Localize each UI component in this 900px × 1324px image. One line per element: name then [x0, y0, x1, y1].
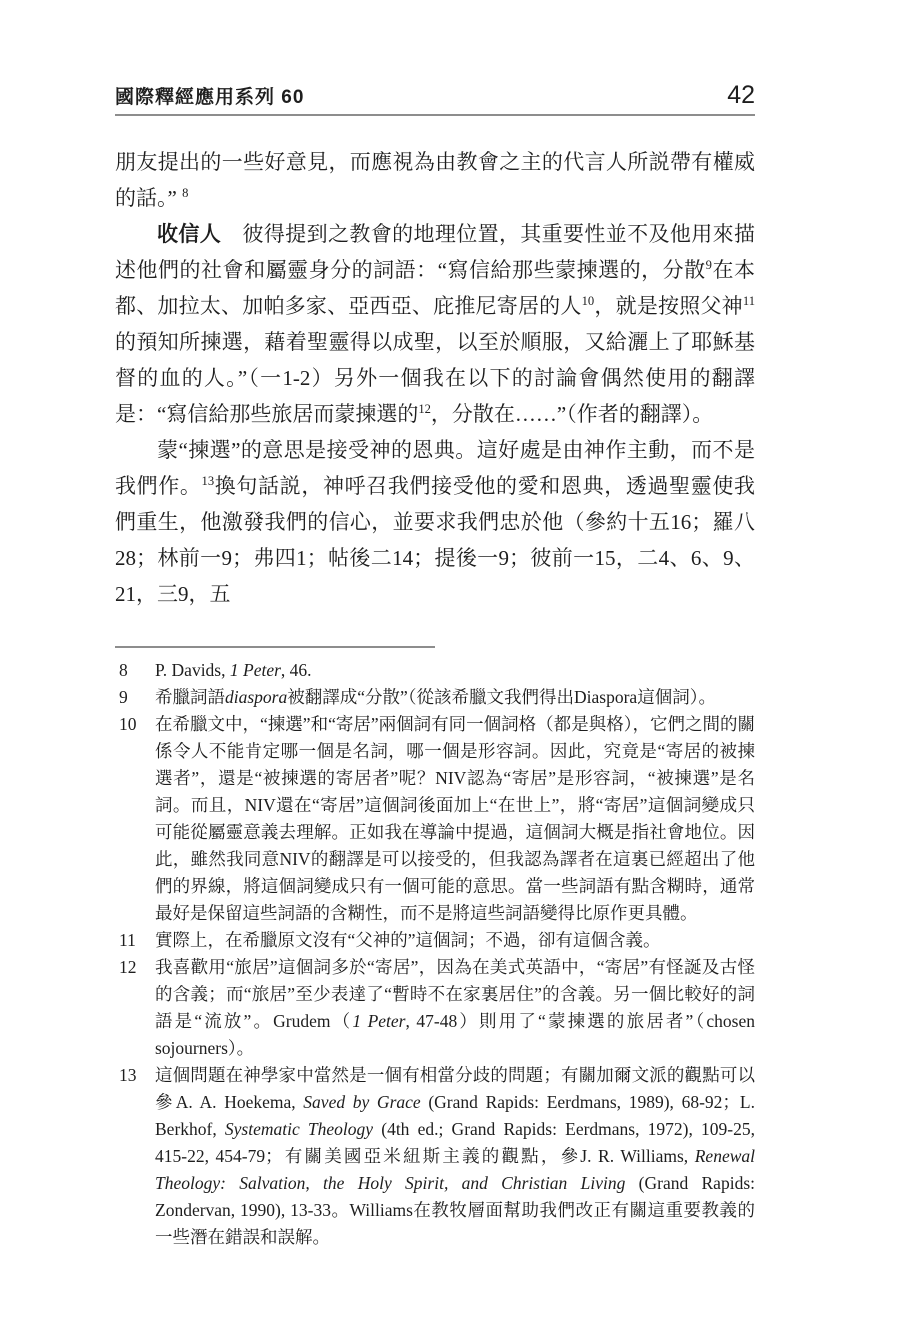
page-header: 國際釋經應用系列 60 42 [115, 84, 755, 116]
footnote-text: 這個問題在神學家中當然是一個有相當分歧的問題；有關加爾文派的觀點可以參A. A.… [155, 1065, 755, 1247]
page-number: 42 [727, 84, 755, 107]
footnote-item: 13這個問題在神學家中當然是一個有相當分歧的問題；有關加爾文派的觀點可以參A. … [115, 1062, 755, 1251]
footnotes: 8P. Davids, 1 Peter, 46.9希臘詞語diaspora被翻譯… [115, 657, 755, 1251]
body-paragraph: 蒙“揀選”的意思是接受神的恩典。這好處是由神作主動，而不是我們作。13換句話説，… [115, 432, 755, 612]
body-text: 朋友提出的一些好意見，而應視為由教會之主的代言人所説帶有權威的話。” 8收信人 … [115, 144, 755, 612]
footnote-number: 13 [119, 1062, 137, 1089]
footnote-text: 我喜歡用“旅居”這個詞多於“寄居”，因為在美式英語中，“寄居”有怪誕及古怪的含義… [155, 957, 755, 1058]
footnote-number: 9 [119, 684, 128, 711]
footnote-text: 實際上，在希臘原文沒有“父神的”這個詞；不過，卻有這個含義。 [155, 930, 661, 950]
footnote-item: 11實際上，在希臘原文沒有“父神的”這個詞；不過，卻有這個含義。 [115, 927, 755, 954]
footnote-item: 12我喜歡用“旅居”這個詞多於“寄居”，因為在美式英語中，“寄居”有怪誕及古怪的… [115, 954, 755, 1062]
footnote-item: 10在希臘文中，“揀選”和“寄居”兩個詞有同一個詞格（都是與格），它們之間的關係… [115, 711, 755, 927]
footnote-text: 在希臘文中，“揀選”和“寄居”兩個詞有同一個詞格（都是與格），它們之間的關係令人… [155, 714, 755, 923]
footnote-number: 11 [119, 927, 136, 954]
footnote-item: 8P. Davids, 1 Peter, 46. [115, 657, 755, 684]
footnote-text: 希臘詞語diaspora被翻譯成“分散”（從該希臘文我們得出Diaspora這個… [155, 687, 716, 707]
footnote-number: 8 [119, 657, 128, 684]
body-paragraph: 朋友提出的一些好意見，而應視為由教會之主的代言人所説帶有權威的話。” 8 [115, 144, 755, 216]
body-paragraph: 收信人 彼得提到之教會的地理位置，其重要性並不及他用來描述他們的社會和屬靈身分的… [115, 216, 755, 432]
footnote-separator [115, 646, 435, 648]
footnote-number: 12 [119, 954, 137, 981]
footnote-item: 9希臘詞語diaspora被翻譯成“分散”（從該希臘文我們得出Diaspora這… [115, 684, 755, 711]
series-title: 國際釋經應用系列 60 [115, 88, 304, 107]
book-page: 國際釋經應用系列 60 42 朋友提出的一些好意見，而應視為由教會之主的代言人所… [0, 0, 900, 1324]
footnote-number: 10 [119, 711, 137, 738]
footnote-text: P. Davids, 1 Peter, 46. [155, 660, 312, 680]
